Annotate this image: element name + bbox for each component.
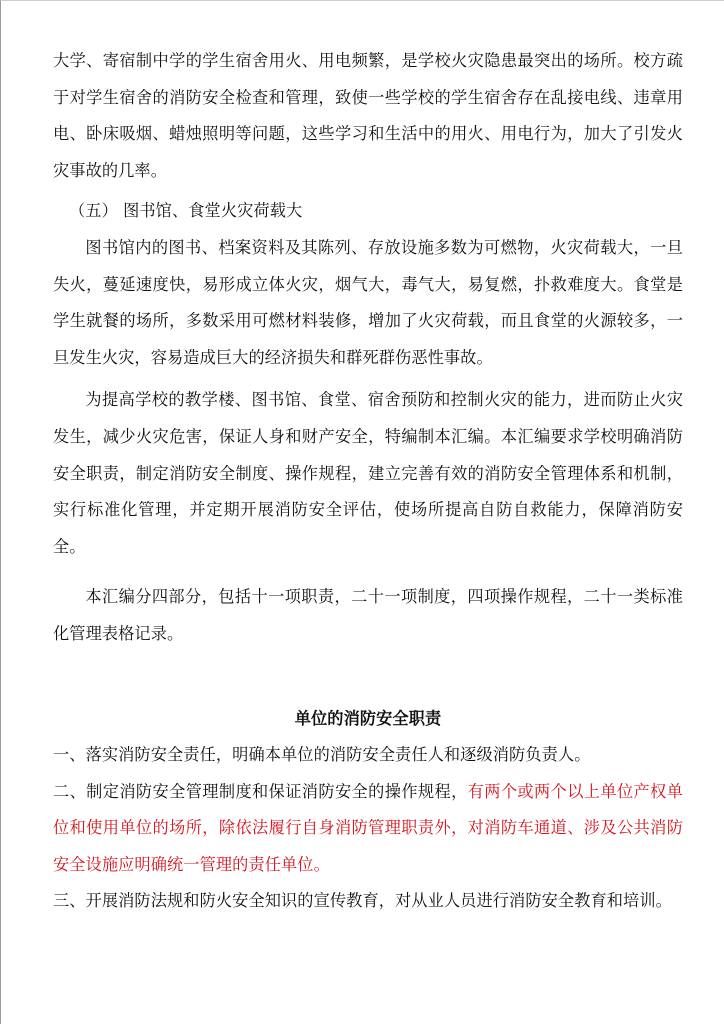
document-body: 大学、寄宿制中学的学生宿舍用火、用电频繁，是学校火灾隐患最突出的场所。校方疏于对… <box>53 43 683 920</box>
duty-item-1: 一、落实消防安全责任，明确本单位的消防安全责任人和逐级消防负责人。 <box>53 737 683 774</box>
subheading-library-canteen: （五） 图书馆、食堂火灾荷载大 <box>53 193 683 230</box>
paragraph-purpose: 为提高学校的教学楼、图书馆、食堂、宿舍预防和控制火灾的能力，进而防止火灾发生，减… <box>53 382 683 565</box>
paragraph-dormitory-fire-risk: 大学、寄宿制中学的学生宿舍用火、用电频繁，是学校火灾隐患最突出的场所。校方疏于对… <box>53 43 683 189</box>
duty-item-2-text: 二、制定消防安全管理制度和保证消防安全的操作规程， <box>53 782 468 801</box>
duty-item-2: 二、制定消防安全管理制度和保证消防安全的操作规程，有两个或两个以上单位产权单位和… <box>53 774 683 884</box>
paragraph-library-canteen: 图书馆内的图书、档案资料及其陈列、存放设施多数为可燃物，火灾荷载大，一旦失火，蔓… <box>53 230 683 376</box>
duty-item-3-text: 三、开展消防法规和防火安全知识的宣传教育，对从业人员进行消防安全教育和培训。 <box>53 891 672 910</box>
duty-item-3: 三、开展消防法规和防火安全知识的宣传教育，对从业人员进行消防安全教育和培训。 <box>53 883 683 920</box>
document-page: 大学、寄宿制中学的学生宿舍用火、用电频繁，是学校火灾隐患最突出的场所。校方疏于对… <box>0 0 724 1024</box>
paragraph-structure: 本汇编分四部分，包括十一项职责，二十一项制度，四项操作规程，二十一类标准化管理表… <box>53 579 683 652</box>
spacer <box>53 653 683 701</box>
section-title: 单位的消防安全职责 <box>53 701 683 738</box>
duty-item-1-text: 一、落实消防安全责任，明确本单位的消防安全责任人和逐级消防负责人。 <box>53 745 591 764</box>
spacer <box>53 565 683 579</box>
